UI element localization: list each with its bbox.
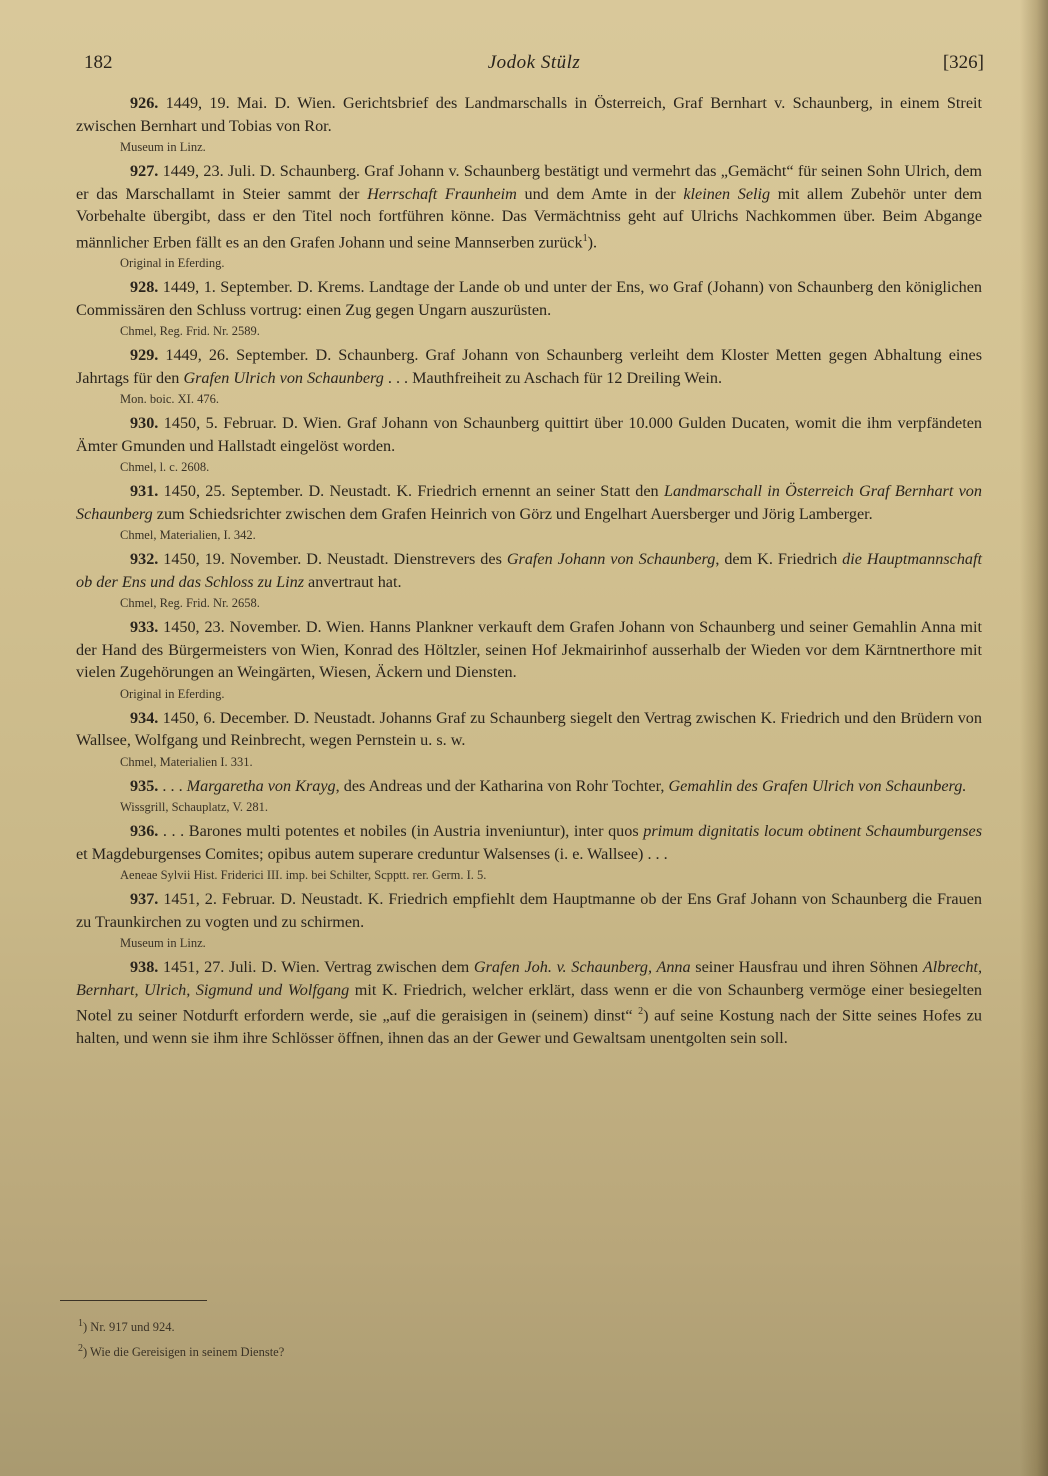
entry-text: 930. 1450, 5. Februar. D. Wien. Graf Joh… xyxy=(76,412,982,457)
entry-number: 938. xyxy=(130,958,158,976)
text-run: 1451, 27. Juli. D. Wien. Vertrag zwische… xyxy=(158,958,474,976)
entry-number: 931. xyxy=(130,482,158,500)
entry-number: 937. xyxy=(130,890,158,908)
footnotes: 1) Nr. 917 und 924.2) Wie die Gereisigen… xyxy=(78,1313,284,1363)
regest-entry: 932. 1450, 19. November. D. Neustadt. Di… xyxy=(76,548,982,612)
entry-number: 929. xyxy=(130,346,158,364)
text-run: 1450, 25. September. D. Neustadt. K. Fri… xyxy=(158,482,664,500)
regest-entry: 933. 1450, 23. November. D. Wien. Hanns … xyxy=(76,616,982,703)
italic-text: primum dignitatis locum obtinent Schaumb… xyxy=(643,822,982,840)
text-run: . . . Mauthfreiheit zu Aschach für 12 Dr… xyxy=(384,369,722,387)
entry-text: 938. 1451, 27. Juli. D. Wien. Vertrag zw… xyxy=(76,956,982,1049)
regest-entry: 937. 1451, 2. Februar. D. Neustadt. K. F… xyxy=(76,888,982,952)
entry-text: 936. . . . Barones multi potentes et nob… xyxy=(76,820,982,865)
entry-number: 932. xyxy=(130,550,158,568)
page-reference: [326] xyxy=(943,52,984,74)
entry-text: 932. 1450, 19. November. D. Neustadt. Di… xyxy=(76,548,982,593)
regest-entry: 936. . . . Barones multi potentes et nob… xyxy=(76,820,982,884)
entry-source: Original in Eferding. xyxy=(120,685,982,703)
regest-entry: 930. 1450, 5. Februar. D. Wien. Graf Joh… xyxy=(76,412,982,476)
regest-entry: 926. 1449, 19. Mai. D. Wien. Gerichtsbri… xyxy=(76,92,982,156)
text-run: et Magdeburgenses Comites; opibus autem … xyxy=(76,845,668,863)
regest-entry: 928. 1449, 1. September. D. Krems. Landt… xyxy=(76,276,982,340)
running-title: Jodok Stülz xyxy=(84,52,984,74)
entry-source: Chmel, Reg. Frid. Nr. 2589. xyxy=(120,322,982,340)
italic-text: Gemahlin des Grafen Ulrich von Schaunber… xyxy=(668,777,966,795)
entry-source: Chmel, Materialien, I. 342. xyxy=(120,526,982,544)
footnote: 1) Nr. 917 und 924. xyxy=(78,1313,284,1338)
entry-source: Aeneae Sylvii Hist. Friderici III. imp. … xyxy=(120,866,982,884)
entry-text: 929. 1449, 26. September. D. Schaunberg.… xyxy=(76,344,982,389)
footnote: 2) Wie die Gereisigen in seinem Dienste? xyxy=(78,1338,284,1363)
entry-source: Original in Eferding. xyxy=(120,254,982,272)
entry-source: Museum in Linz. xyxy=(120,138,982,156)
document-body: 926. 1449, 19. Mai. D. Wien. Gerichtsbri… xyxy=(76,92,982,1050)
text-run: anvertraut hat. xyxy=(304,573,402,591)
text-run: seiner Hausfrau und ihren Söhnen xyxy=(691,958,923,976)
entry-text: 935. . . . Margaretha von Krayg, des And… xyxy=(76,775,982,798)
entry-source: Museum in Linz. xyxy=(120,934,982,952)
entry-text: 933. 1450, 23. November. D. Wien. Hanns … xyxy=(76,616,982,684)
entry-source: Chmel, l. c. 2608. xyxy=(120,458,982,476)
text-run: 1450, 23. November. D. Wien. Hanns Plank… xyxy=(76,618,982,681)
entry-text: 927. 1449, 23. Juli. D. Schaunberg. Graf… xyxy=(76,160,982,253)
entry-text: 926. 1449, 19. Mai. D. Wien. Gerichtsbri… xyxy=(76,92,982,137)
entry-text: 928. 1449, 1. September. D. Krems. Landt… xyxy=(76,276,982,321)
entry-number: 933. xyxy=(130,618,158,636)
text-run: ). xyxy=(588,233,597,251)
entry-number: 927. xyxy=(130,162,158,180)
regest-entry: 938. 1451, 27. Juli. D. Wien. Vertrag zw… xyxy=(76,956,982,1049)
entry-number: 934. xyxy=(130,709,158,727)
entry-text: 937. 1451, 2. Februar. D. Neustadt. K. F… xyxy=(76,888,982,933)
running-header: 182 Jodok Stülz [326] xyxy=(84,52,984,80)
regest-entry: 927. 1449, 23. Juli. D. Schaunberg. Graf… xyxy=(76,160,982,272)
regest-entry: 935. . . . Margaretha von Krayg, des And… xyxy=(76,775,982,817)
italic-text: Herrschaft Fraunheim xyxy=(367,185,517,203)
entry-number: 926. xyxy=(130,94,158,112)
entry-source: Wissgrill, Schauplatz, V. 281. xyxy=(120,798,982,816)
text-run: , dem K. Friedrich xyxy=(715,550,842,568)
text-run: zum Schiedsrichter zwischen dem Grafen H… xyxy=(153,505,873,523)
italic-text: Grafen Joh. v. Schaunberg, Anna xyxy=(474,958,691,976)
regest-entry: 929. 1449, 26. September. D. Schaunberg.… xyxy=(76,344,982,408)
entry-text: 931. 1450, 25. September. D. Neustadt. K… xyxy=(76,480,982,525)
regest-entry: 934. 1450, 6. December. D. Neustadt. Joh… xyxy=(76,707,982,771)
footnote-text: ) Wie die Gereisigen in seinem Dienste? xyxy=(83,1345,284,1359)
entry-source: Mon. boic. XI. 476. xyxy=(120,390,982,408)
text-run: 1450, 5. Februar. D. Wien. Graf Johann v… xyxy=(76,414,982,455)
text-run: 1449, 1. September. D. Krems. Landtage d… xyxy=(76,278,982,319)
entry-number: 928. xyxy=(130,278,158,296)
text-run: und dem Amte in der xyxy=(517,185,684,203)
footnote-divider xyxy=(60,1300,207,1301)
italic-text: Grafen Ulrich von Schaunberg xyxy=(183,369,383,387)
entry-text: 934. 1450, 6. December. D. Neustadt. Joh… xyxy=(76,707,982,752)
entry-number: 930. xyxy=(130,414,158,432)
text-run: . . . xyxy=(158,777,186,795)
entry-source: Chmel, Reg. Frid. Nr. 2658. xyxy=(120,594,982,612)
regest-entry: 931. 1450, 25. September. D. Neustadt. K… xyxy=(76,480,982,544)
text-run: . . . Barones multi potentes et nobiles … xyxy=(158,822,643,840)
text-run: 1450, 6. December. D. Neustadt. Johanns … xyxy=(76,709,982,750)
entry-source: Chmel, Materialien I. 331. xyxy=(120,753,982,771)
page-edge-shadow xyxy=(1020,0,1048,1476)
text-run: 1449, 19. Mai. D. Wien. Gerichtsbrief de… xyxy=(76,94,982,135)
text-run: 1451, 2. Februar. D. Neustadt. K. Friedr… xyxy=(76,890,982,931)
text-run: 1450, 19. November. D. Neustadt. Dienstr… xyxy=(158,550,507,568)
italic-text: kleinen Selig xyxy=(683,185,770,203)
italic-text: Grafen Johann von Schaunberg xyxy=(507,550,715,568)
italic-text: Margaretha von Krayg xyxy=(187,777,336,795)
text-run: , des Andreas und der Katharina von Rohr… xyxy=(336,777,669,795)
footnote-text: ) Nr. 917 und 924. xyxy=(83,1320,175,1334)
entry-number: 936. xyxy=(130,822,158,840)
entry-number: 935. xyxy=(130,777,158,795)
